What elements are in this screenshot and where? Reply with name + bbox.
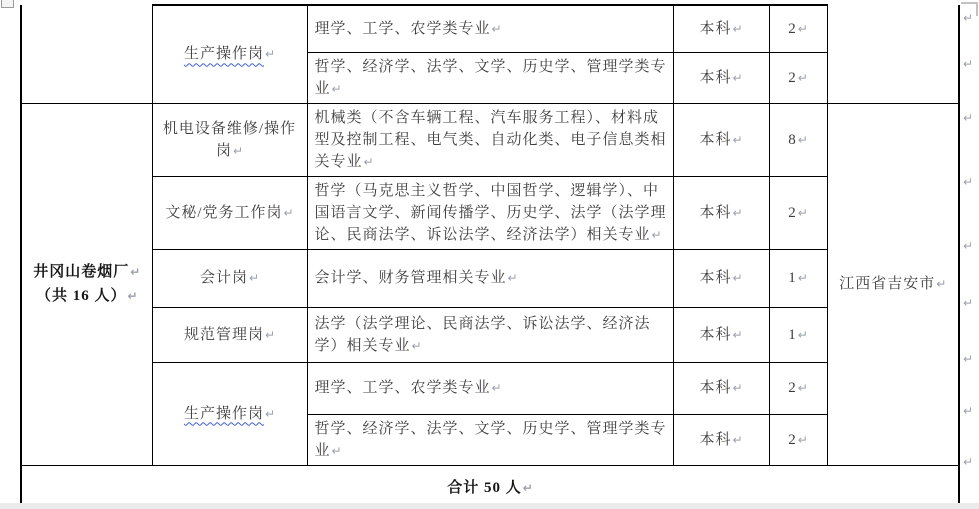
- degree-text: 本科: [699, 132, 731, 148]
- paragraph-mark-icon: ↵: [412, 339, 422, 353]
- degree-cell[interactable]: 本科↵: [673, 362, 769, 414]
- position-cell[interactable]: 规范管理岗↵: [152, 307, 307, 362]
- major-cell[interactable]: 哲学（马克思主义哲学、中国哲学、逻辑学）、中国语言文学、新闻传播学、历史学、法学…: [307, 176, 673, 249]
- paragraph-mark-icon: ↵: [798, 381, 808, 395]
- position-cell[interactable]: 机电设备维修/操作岗↵: [152, 103, 307, 176]
- paragraph-mark-icon: ↵: [732, 328, 742, 342]
- count-text: 2: [788, 70, 797, 86]
- location-text: 江西省吉安市: [839, 276, 935, 292]
- paragraph-mark-icon: ↵: [963, 456, 977, 468]
- total-text: 合计 50 人: [447, 480, 522, 496]
- major-cell[interactable]: 理学、工学、农学类专业↵: [307, 362, 673, 414]
- position-cell[interactable]: 文秘/党务工作岗↵: [152, 176, 307, 249]
- paragraph-mark-icon: ↵: [798, 206, 808, 220]
- position-cell[interactable]: 会计岗↵: [152, 249, 307, 307]
- company-name: 井冈山卷烟厂↵: [26, 260, 148, 284]
- degree-cell[interactable]: 本科↵: [673, 5, 769, 52]
- paragraph-mark-icon: ↵: [265, 47, 275, 61]
- paragraph-mark-icon: ↵: [963, 353, 977, 365]
- major-text: 哲学（马克思主义哲学、中国哲学、逻辑学）、中国语言文学、新闻传播学、历史学、法学…: [315, 183, 667, 243]
- position-label: 机电设备维修/操作岗: [163, 121, 296, 159]
- major-text: 理学、工学、农学类专业: [315, 21, 491, 37]
- paragraph-mark-icon: ↵: [963, 297, 977, 309]
- major-cell[interactable]: 法学（法学理论、民商法学、诉讼法学、经济法学）相关专业↵: [307, 307, 673, 362]
- count-text: 2: [788, 432, 797, 448]
- count-cell[interactable]: 2↵: [769, 5, 827, 52]
- paragraph-mark-icon: ↵: [963, 58, 977, 70]
- paragraph-mark-icon: ↵: [523, 481, 533, 495]
- degree-cell[interactable]: 本科↵: [673, 307, 769, 362]
- paragraph-mark-icon: ↵: [732, 381, 742, 395]
- count-text: 2: [788, 380, 797, 396]
- count-text: 1: [788, 270, 797, 286]
- paragraph-mark-icon: ↵: [963, 176, 977, 188]
- paragraph-mark-icon: ↵: [963, 405, 977, 417]
- position-label: 会计岗: [200, 270, 248, 286]
- major-cell[interactable]: 哲学、经济学、法学、文学、历史学、管理学类专业↵: [307, 414, 673, 465]
- paragraph-mark-icon: ↵: [798, 133, 808, 147]
- degree-cell[interactable]: 本科↵: [673, 249, 769, 307]
- major-cell[interactable]: 理学、工学、农学类专业↵: [307, 5, 673, 52]
- table-move-handle[interactable]: [1, 0, 14, 8]
- count-cell[interactable]: 1↵: [769, 307, 827, 362]
- major-text: 理学、工学、农学类专业: [315, 380, 491, 396]
- position-label: 文秘/党务工作岗: [165, 205, 282, 221]
- paragraph-mark-icon: ↵: [732, 206, 742, 220]
- paragraph-mark-icon: ↵: [798, 271, 808, 285]
- count-text: 2: [788, 21, 797, 37]
- major-cell[interactable]: 哲学、经济学、法学、文学、历史学、管理学类专业↵: [307, 52, 673, 103]
- paragraph-mark-icon: ↵: [798, 328, 808, 342]
- page-bottom-edge: [0, 503, 979, 509]
- paragraph-mark-icon: ↵: [798, 433, 808, 447]
- degree-text: 本科: [699, 380, 731, 396]
- count-text: 1: [788, 327, 797, 343]
- degree-cell[interactable]: 本科↵: [673, 103, 769, 176]
- position-label: 生产操作岗: [184, 406, 264, 422]
- count-cell[interactable]: 2↵: [769, 176, 827, 249]
- paragraph-mark-icon: ↵: [492, 381, 502, 395]
- count-text: 8: [788, 132, 797, 148]
- degree-cell[interactable]: 本科↵: [673, 176, 769, 249]
- paragraph-mark-icon: ↵: [508, 271, 518, 285]
- paragraph-mark-icon: ↵: [332, 82, 342, 96]
- paragraph-mark-icon: ↵: [732, 22, 742, 36]
- major-text: 法学（法学理论、民商法学、诉讼法学、经济法学）相关专业: [315, 316, 651, 354]
- position-cell[interactable]: 生产操作岗↵: [152, 5, 307, 103]
- count-cell[interactable]: 8↵: [769, 103, 827, 176]
- paragraph-mark-icon: ↵: [127, 289, 137, 303]
- paragraph-mark-icon: ↵: [732, 71, 742, 85]
- paragraph-mark-icon: ↵: [249, 271, 259, 285]
- degree-text: 本科: [699, 432, 731, 448]
- degree-text: 本科: [699, 270, 731, 286]
- degree-text: 本科: [699, 327, 731, 343]
- paragraph-mark-icon: ↵: [798, 71, 808, 85]
- paragraph-mark-icon: ↵: [732, 433, 742, 447]
- degree-cell[interactable]: 本科↵: [673, 52, 769, 103]
- paragraph-mark-icon: ↵: [284, 206, 294, 220]
- paragraph-mark-icon: ↵: [732, 133, 742, 147]
- paragraph-mark-icon: ↵: [732, 271, 742, 285]
- degree-text: 本科: [699, 70, 731, 86]
- paragraph-mark-icon: ↵: [265, 328, 275, 342]
- count-cell[interactable]: 2↵: [769, 362, 827, 414]
- company-cell[interactable]: [21, 5, 152, 103]
- major-text: 哲学、经济学、法学、文学、历史学、管理学类专业: [315, 421, 667, 459]
- location-cell[interactable]: 江西省吉安市↵: [827, 103, 959, 465]
- count-text: 2: [788, 205, 797, 221]
- document-page: 生产操作岗↵ 理学、工学、农学类专业↵ 本科↵ 2↵ 哲学、经济学、法学、文学、…: [0, 0, 979, 509]
- count-cell[interactable]: 1↵: [769, 249, 827, 307]
- paragraph-mark-icon: ↵: [963, 12, 977, 24]
- degree-text: 本科: [699, 205, 731, 221]
- paragraph-mark-icon: ↵: [364, 155, 374, 169]
- paragraph-mark-icon: ↵: [936, 277, 946, 291]
- degree-text: 本科: [699, 21, 731, 37]
- paragraph-mark-icon: ↵: [652, 228, 662, 242]
- paragraph-mark-icon: ↵: [265, 407, 275, 421]
- position-label: 规范管理岗: [184, 327, 264, 343]
- major-text: 哲学、经济学、法学、文学、历史学、管理学类专业: [315, 59, 667, 97]
- count-cell[interactable]: 2↵: [769, 52, 827, 103]
- paragraph-mark-icon: ↵: [492, 22, 502, 36]
- position-label: 生产操作岗: [184, 46, 264, 62]
- company-headcount: （共 16 人）↵: [26, 284, 148, 308]
- recruitment-table: 生产操作岗↵ 理学、工学、农学类专业↵ 本科↵ 2↵ 哲学、经济学、法学、文学、…: [20, 4, 960, 509]
- major-cell[interactable]: 会计学、财务管理相关专业↵: [307, 249, 673, 307]
- paragraph-mark-icon: ↵: [233, 144, 243, 158]
- count-cell[interactable]: 2↵: [769, 414, 827, 465]
- major-cell[interactable]: 机械类（不含车辆工程、汽车服务工程）、材料成型及控制工程、电气类、自动化类、电子…: [307, 103, 673, 176]
- location-cell[interactable]: [827, 5, 959, 103]
- major-text: 会计学、财务管理相关专业: [315, 270, 507, 286]
- paragraph-mark-icon: ↵: [332, 444, 342, 458]
- paragraph-mark-icon: ↵: [130, 265, 140, 279]
- paragraph-mark-icon: ↵: [963, 240, 977, 252]
- company-cell[interactable]: 井冈山卷烟厂↵ （共 16 人）↵: [21, 103, 152, 465]
- paragraph-mark-icon: ↵: [963, 112, 977, 124]
- degree-cell[interactable]: 本科↵: [673, 414, 769, 465]
- position-cell[interactable]: 生产操作岗↵: [152, 362, 307, 465]
- paragraph-mark-icon: ↵: [798, 22, 808, 36]
